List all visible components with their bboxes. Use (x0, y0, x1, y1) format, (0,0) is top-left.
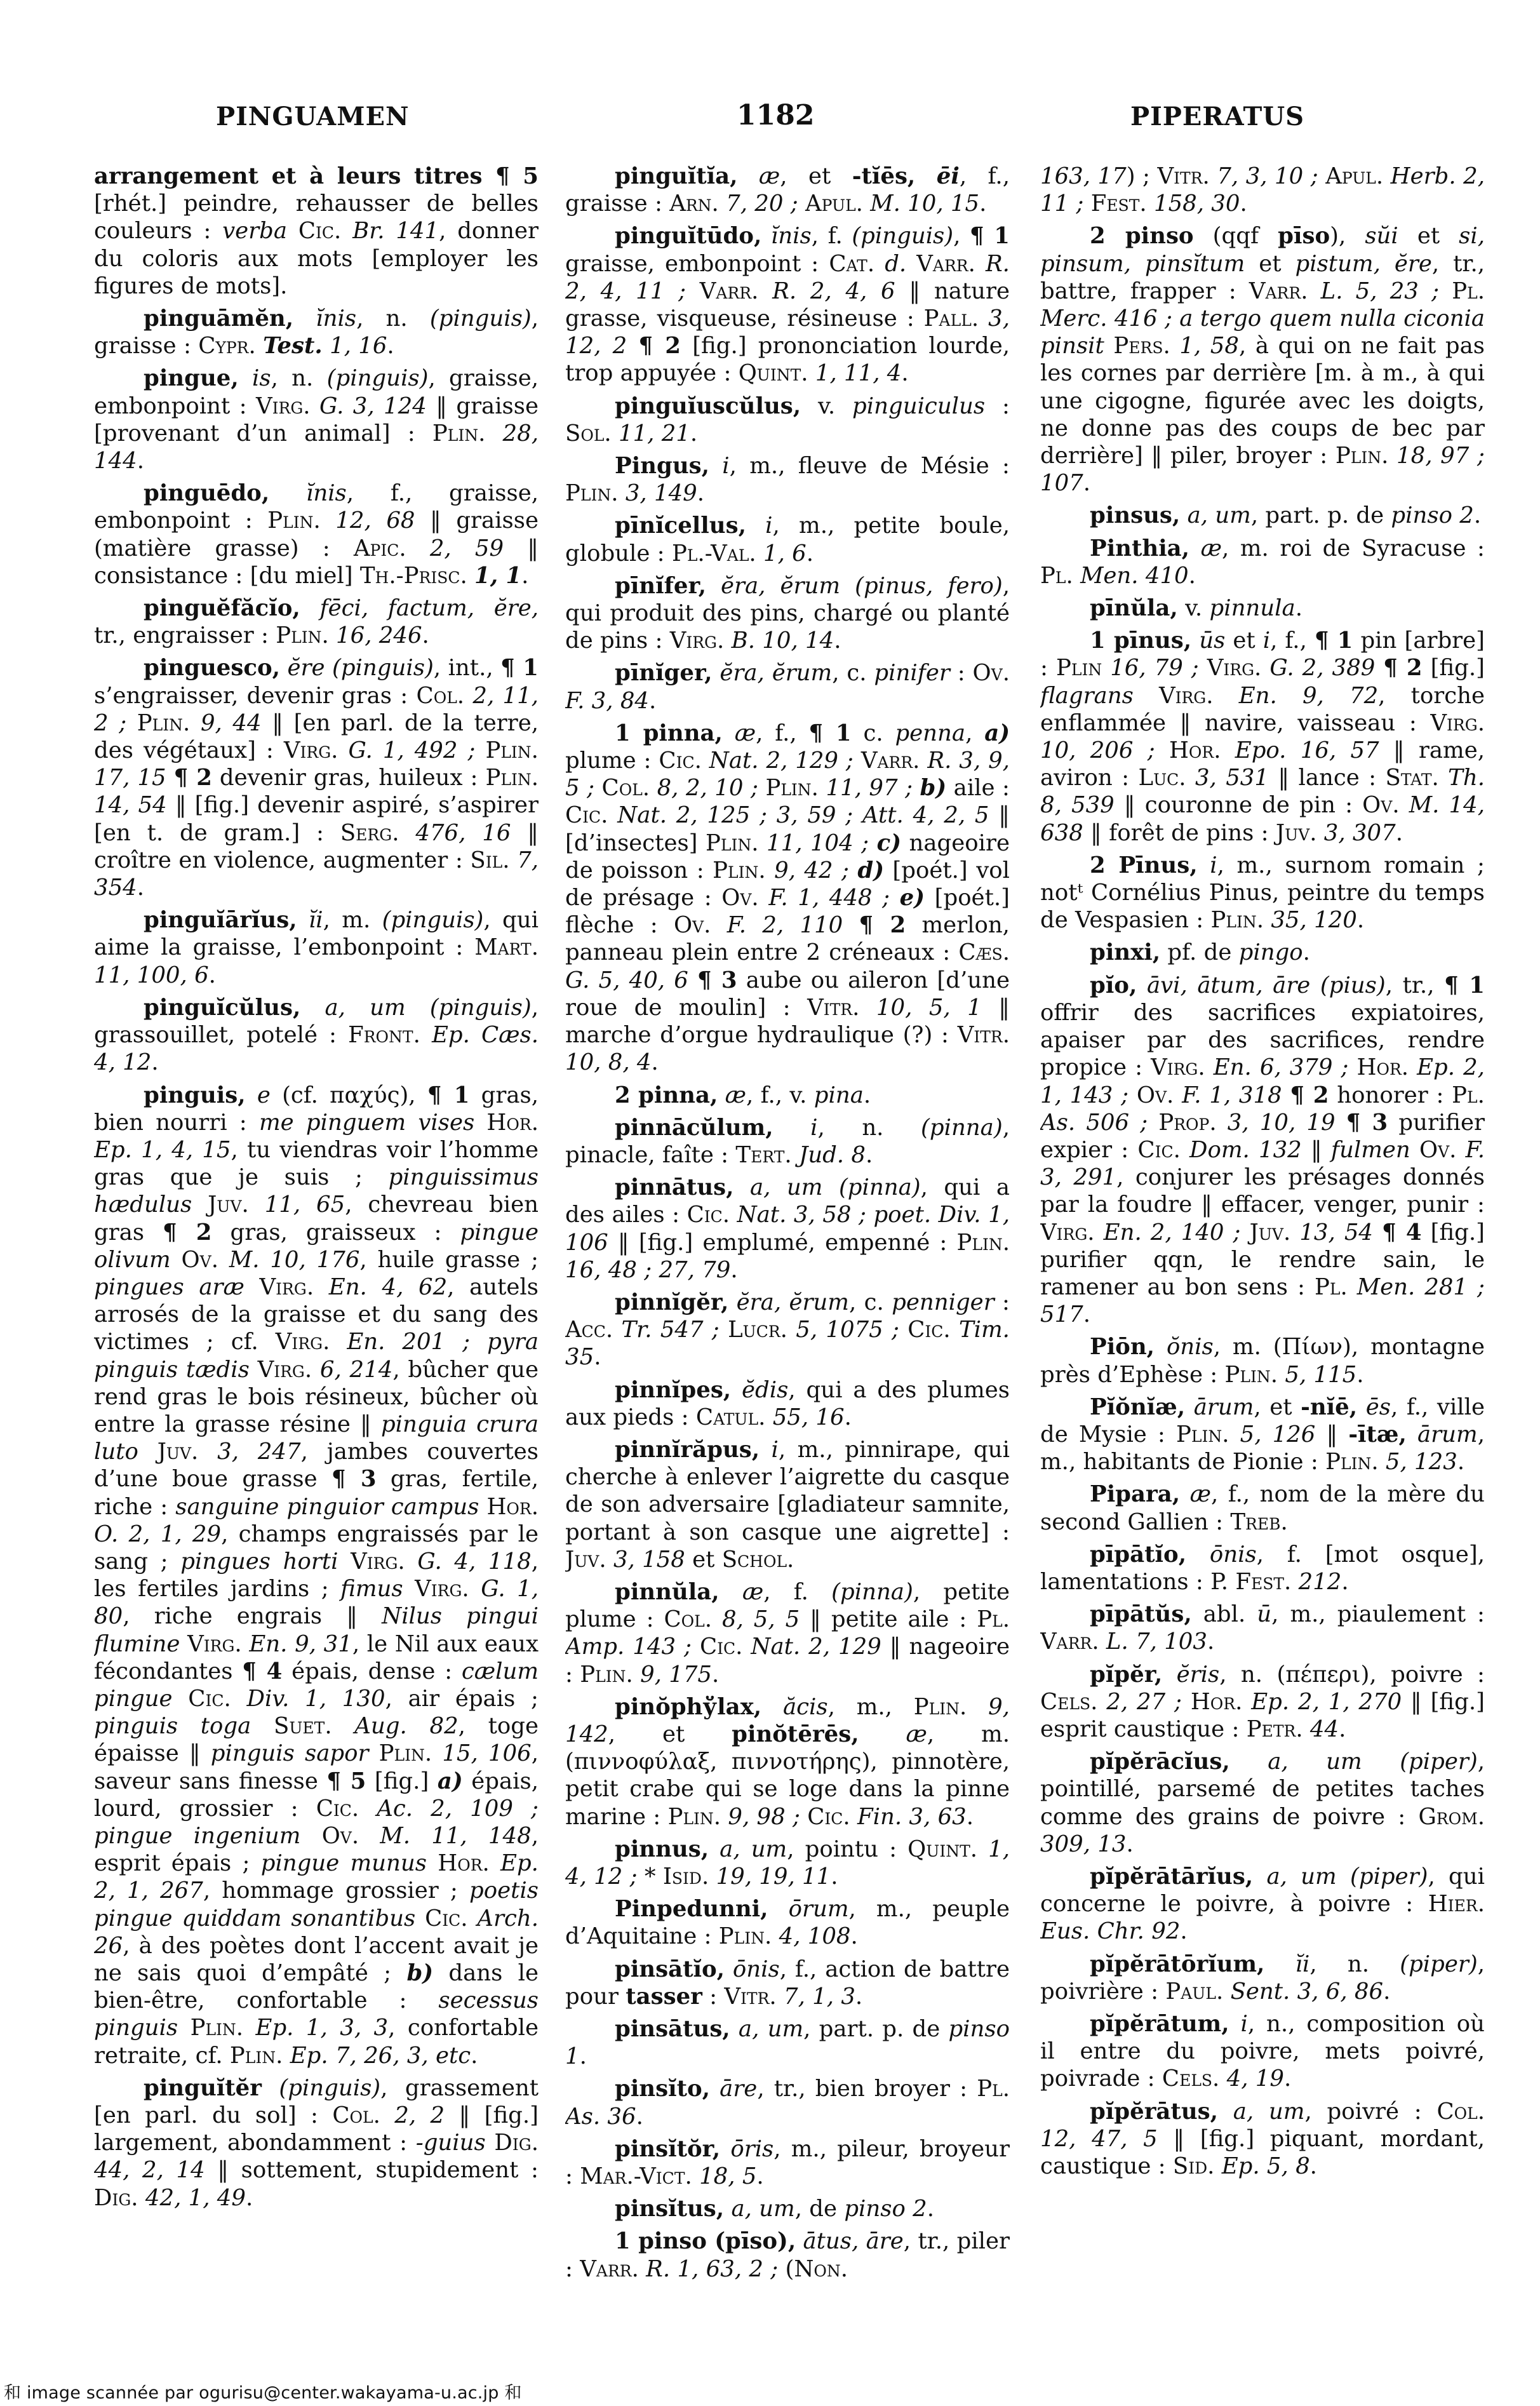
dictionary-entry: pingue, is, n. (pinguis), graisse, embon… (94, 365, 539, 474)
dictionary-entry: pĭpĕrātum, i, n., composition où il entr… (1040, 2010, 1485, 2093)
dictionary-entry: pinnĭrăpus, i, m., pinnirape, qui cherch… (565, 1436, 1010, 1573)
dictionary-entry: pinsus, a, um, part. p. de pinso 2. (1040, 502, 1485, 529)
dictionary-entry: pinnŭla, æ, f. (pinna), petite plume : C… (565, 1578, 1010, 1688)
dictionary-entry: pinŏphўlax, ăcis, m., Plin. 9, 142, et p… (565, 1693, 1010, 1831)
dictionary-entry: pĭpĕrātōrĭum, ĭi, n. (piper), poivrière … (1040, 1951, 1485, 2005)
dictionary-entry: pinguĭuscŭlus, v. pinguiculus : Sol. 11,… (565, 393, 1010, 447)
dictionary-columns: arrangement et à leurs titres ¶ 5 [rhét.… (94, 163, 1478, 2303)
dictionary-entry: pinguĕfăcĭo, fēci, factum, ĕre, tr., eng… (94, 595, 539, 649)
left-guide-word: PINGUAMEN (216, 102, 410, 131)
column-right: 163, 17) ; Vitr. 7, 3, 10 ; Apul. Herb. … (1040, 163, 1485, 2303)
dictionary-entry: pĭo, āvi, ātum, āre (pius), tr., ¶ 1 off… (1040, 972, 1485, 1329)
dictionary-entry: pinguĭārĭus, ĭi, m. (pinguis), qui aime … (94, 906, 539, 989)
dictionary-entry: pīnŭla, v. pinnula. (1040, 595, 1485, 622)
dictionary-entry: pĭpĕrācĭus, a, um (piper), pointillé, pa… (1040, 1748, 1485, 1858)
dictionary-entry: pīpātĭo, ōnis, f. [mot osque], lamentati… (1040, 1541, 1485, 1596)
dictionary-entry: pinguĭtĕr (pinguis), grassement [en parl… (94, 2074, 539, 2212)
dictionary-entry: pinguĭtūdo, ĭnis, f. (pinguis), ¶ 1 grai… (565, 222, 1010, 387)
dictionary-entry: Piōn, ŏnis, m. (Πίων), montagne près d’E… (1040, 1333, 1485, 1388)
dictionary-entry: pinsĭto, āre, tr., bien broyer : Pl. As.… (565, 2075, 1010, 2130)
dictionary-entry: 2 Pīnus, i, m., surnom romain ; notᵗ Cor… (1040, 852, 1485, 934)
dictionary-entry: pinsātĭo, ōnis, f., action de battre pou… (565, 1956, 1010, 2010)
dictionary-entry: Pingus, i, m., fleuve de Mésie : Plin. 3… (565, 452, 1010, 507)
dictionary-entry: pīnĭfer, ĕra, ĕrum (pinus, fero), qui pr… (565, 572, 1010, 655)
column-middle: pinguĭtĭa, æ, et -tĭēs, ēi, f., graisse … (565, 163, 1010, 2303)
dictionary-entry: pĭpĕrātārĭus, a, um (piper), qui concern… (1040, 1863, 1485, 1946)
dictionary-entry: pinxi, pf. de pingo. (1040, 939, 1485, 966)
dictionary-entry: pinguis, e (cf. παχύς), ¶ 1 gras, bien n… (94, 1082, 539, 2069)
dictionary-entry: pinguēdo, ĭnis, f., graisse, embonpoint … (94, 480, 539, 589)
dictionary-entry: pīnĭger, ĕra, ĕrum, c. pinifer : Ov. F. … (565, 659, 1010, 714)
dictionary-entry: pinsĭtŏr, ōris, m., pileur, broyeur : Ma… (565, 2135, 1010, 2190)
dictionary-entry: 1 pīnus, ūs et i, f., ¶ 1 pin [arbre] : … (1040, 627, 1485, 847)
dictionary-entry: 2 pinso (qqf pīso), sŭi et si, pinsum, p… (1040, 222, 1485, 497)
dictionary-entry: Pĭŏnĭæ, ārum, et -nĭē, ēs, f., ville de … (1040, 1394, 1485, 1476)
dictionary-entry: pĭpĕr, ĕris, n. (πέπερι), poivre : Cels.… (1040, 1661, 1485, 1744)
dictionary-entry: Pipara, æ, f., nom de la mère du second … (1040, 1481, 1485, 1535)
dictionary-entry: pinsĭtus, a, um, de pinso 2. (565, 2195, 1010, 2222)
dictionary-entry: pinnĭgĕr, ĕra, ĕrum, c. penniger : Acc. … (565, 1289, 1010, 1371)
dictionary-entry: pĭpĕrātus, a, um, poivré : Col. 12, 47, … (1040, 2098, 1485, 2181)
dictionary-entry: pinsātus, a, um, part. p. de pinso 1. (565, 2015, 1010, 2070)
dictionary-entry: pīnĭcellus, i, m., petite boule, globule… (565, 512, 1010, 567)
dictionary-entry: pinguesco, ĕre (pinguis), int., ¶ 1 s’en… (94, 654, 539, 901)
dictionary-entry: pinnĭpes, ĕdis, qui a des plumes aux pie… (565, 1376, 1010, 1431)
dictionary-entry: 163, 17) ; Vitr. 7, 3, 10 ; Apul. Herb. … (1040, 163, 1485, 217)
scan-credit: 和 image scannée par ogurisu@center.wakay… (4, 2379, 522, 2403)
dictionary-entry: pīpātŭs, abl. ū, m., piaulement : Varr. … (1040, 1601, 1485, 1655)
dictionary-entry: 2 pinna, æ, f., v. pina. (565, 1082, 1010, 1109)
dictionary-entry: pinguāmĕn, ĭnis, n. (pinguis), graisse :… (94, 305, 539, 360)
dictionary-entry: pinguĭtĭa, æ, et -tĭēs, ēi, f., graisse … (565, 163, 1010, 217)
dictionary-entry: arrangement et à leurs titres ¶ 5 [rhét.… (94, 163, 539, 300)
dictionary-entry: pinnātus, a, um (pinna), qui a des ailes… (565, 1174, 1010, 1284)
dictionary-entry: 1 pinso (pīso), ātus, āre, tr., piler : … (565, 2228, 1010, 2282)
dictionary-entry: 1 pinna, æ, f., ¶ 1 c. penna, a) plume :… (565, 720, 1010, 1077)
right-guide-word: PIPERATUS (1130, 102, 1304, 131)
page-number: 1182 (737, 99, 814, 131)
dictionary-entry: Pinpedunni, ōrum, m., peuple d’Aquitaine… (565, 1895, 1010, 1950)
column-left: arrangement et à leurs titres ¶ 5 [rhét.… (94, 163, 539, 2303)
running-head: PINGUAMEN 1182 PIPERATUS (0, 95, 1540, 140)
dictionary-entry: pinnus, a, um, pointu : Quint. 1, 4, 12 … (565, 1836, 1010, 1890)
dictionary-entry: Pinthia, æ, m. roi de Syracuse : Pl. Men… (1040, 535, 1485, 589)
dictionary-entry: pinnācŭlum, i, n. (pinna), pinacle, faît… (565, 1114, 1010, 1169)
dictionary-entry: pinguĭcŭlus, a, um (pinguis), grassouill… (94, 994, 539, 1077)
